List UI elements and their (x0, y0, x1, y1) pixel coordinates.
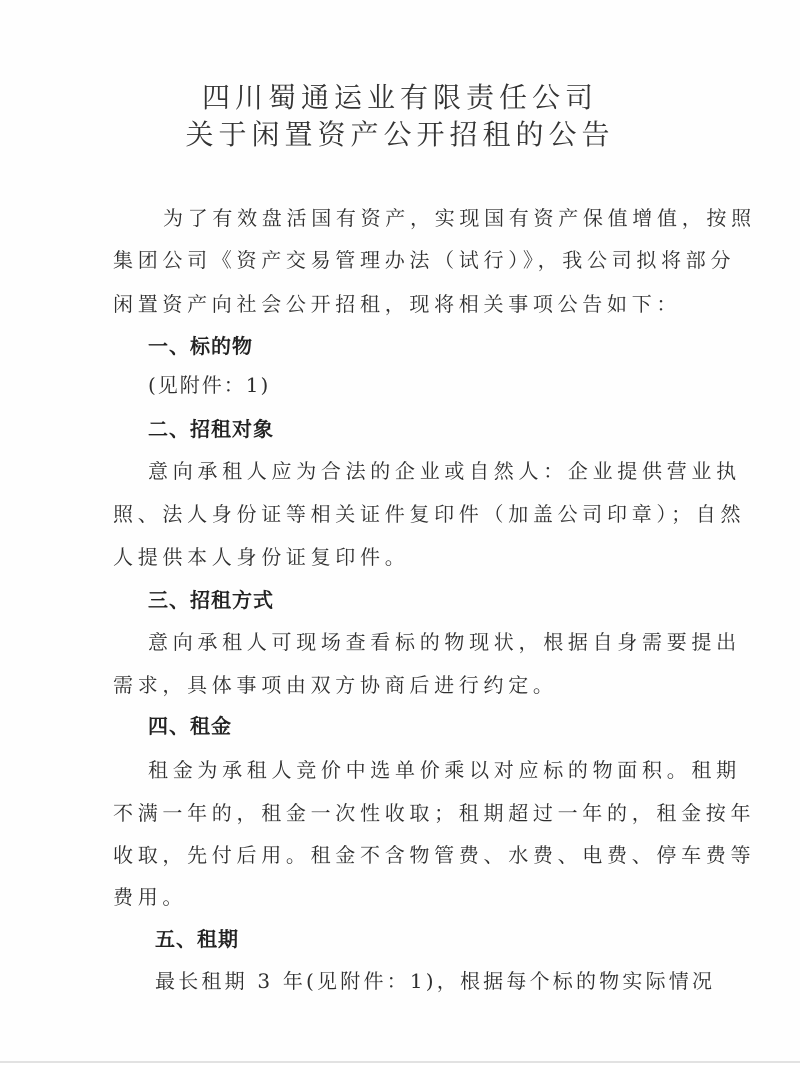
section-2-line-3: 人提供本人身份证复印件。 (113, 547, 685, 567)
section-4-line-3: 收取，先付后用。租金不含物管费、水费、电费、停车费等 (113, 845, 685, 865)
intro-line-2: 集团公司《资产交易管理办法（试行）》，我公司拟将部分 (113, 250, 685, 270)
document-title-company: 四川蜀通运业有限责任公司 (0, 84, 800, 112)
section-4-line-4: 费用。 (113, 887, 685, 907)
section-2-line-1: 意向承租人应为合法的企业或自然人：企业提供营业执 (148, 461, 685, 481)
section-1-line-1: (见附件：1) (148, 375, 270, 395)
intro-line-3: 闲置资产向社会公开招租，现将相关事项公告如下： (113, 294, 685, 314)
section-heading-rent: 四、租金 (148, 716, 232, 736)
section-heading-subject-matter: 一、标的物 (148, 336, 253, 356)
section-2-line-2: 照、法人身份证等相关证件复印件（加盖公司印章）；自然 (113, 504, 685, 524)
section-heading-lessee-eligibility: 二、招租对象 (148, 419, 274, 439)
intro-line-1: 为了有效盘活国有资产，实现国有资产保值增值，按照 (163, 208, 685, 228)
document-title-subject: 关于闲置资产公开招租的公告 (0, 121, 800, 149)
section-4-line-1: 租金为承租人竞价中选单价乘以对应标的物面积。租期 (148, 760, 685, 780)
section-heading-leasing-method: 三、招租方式 (148, 590, 274, 610)
page-bottom-edge (0, 1061, 800, 1063)
section-3-line-1: 意向承租人可现场查看标的物现状，根据自身需要提出 (148, 632, 685, 652)
section-4-line-2: 不满一年的，租金一次性收取；租期超过一年的，租金按年 (113, 803, 685, 823)
section-heading-lease-term: 五、租期 (155, 929, 239, 949)
section-5-line-1: 最长租期 3 年(见附件：1)，根据每个标的物实际情况 (155, 971, 673, 991)
document-page: 四川蜀通运业有限责任公司 关于闲置资产公开招租的公告 为了有效盘活国有资产，实现… (0, 0, 800, 1061)
section-3-line-2: 需求，具体事项由双方协商后进行约定。 (113, 675, 685, 695)
